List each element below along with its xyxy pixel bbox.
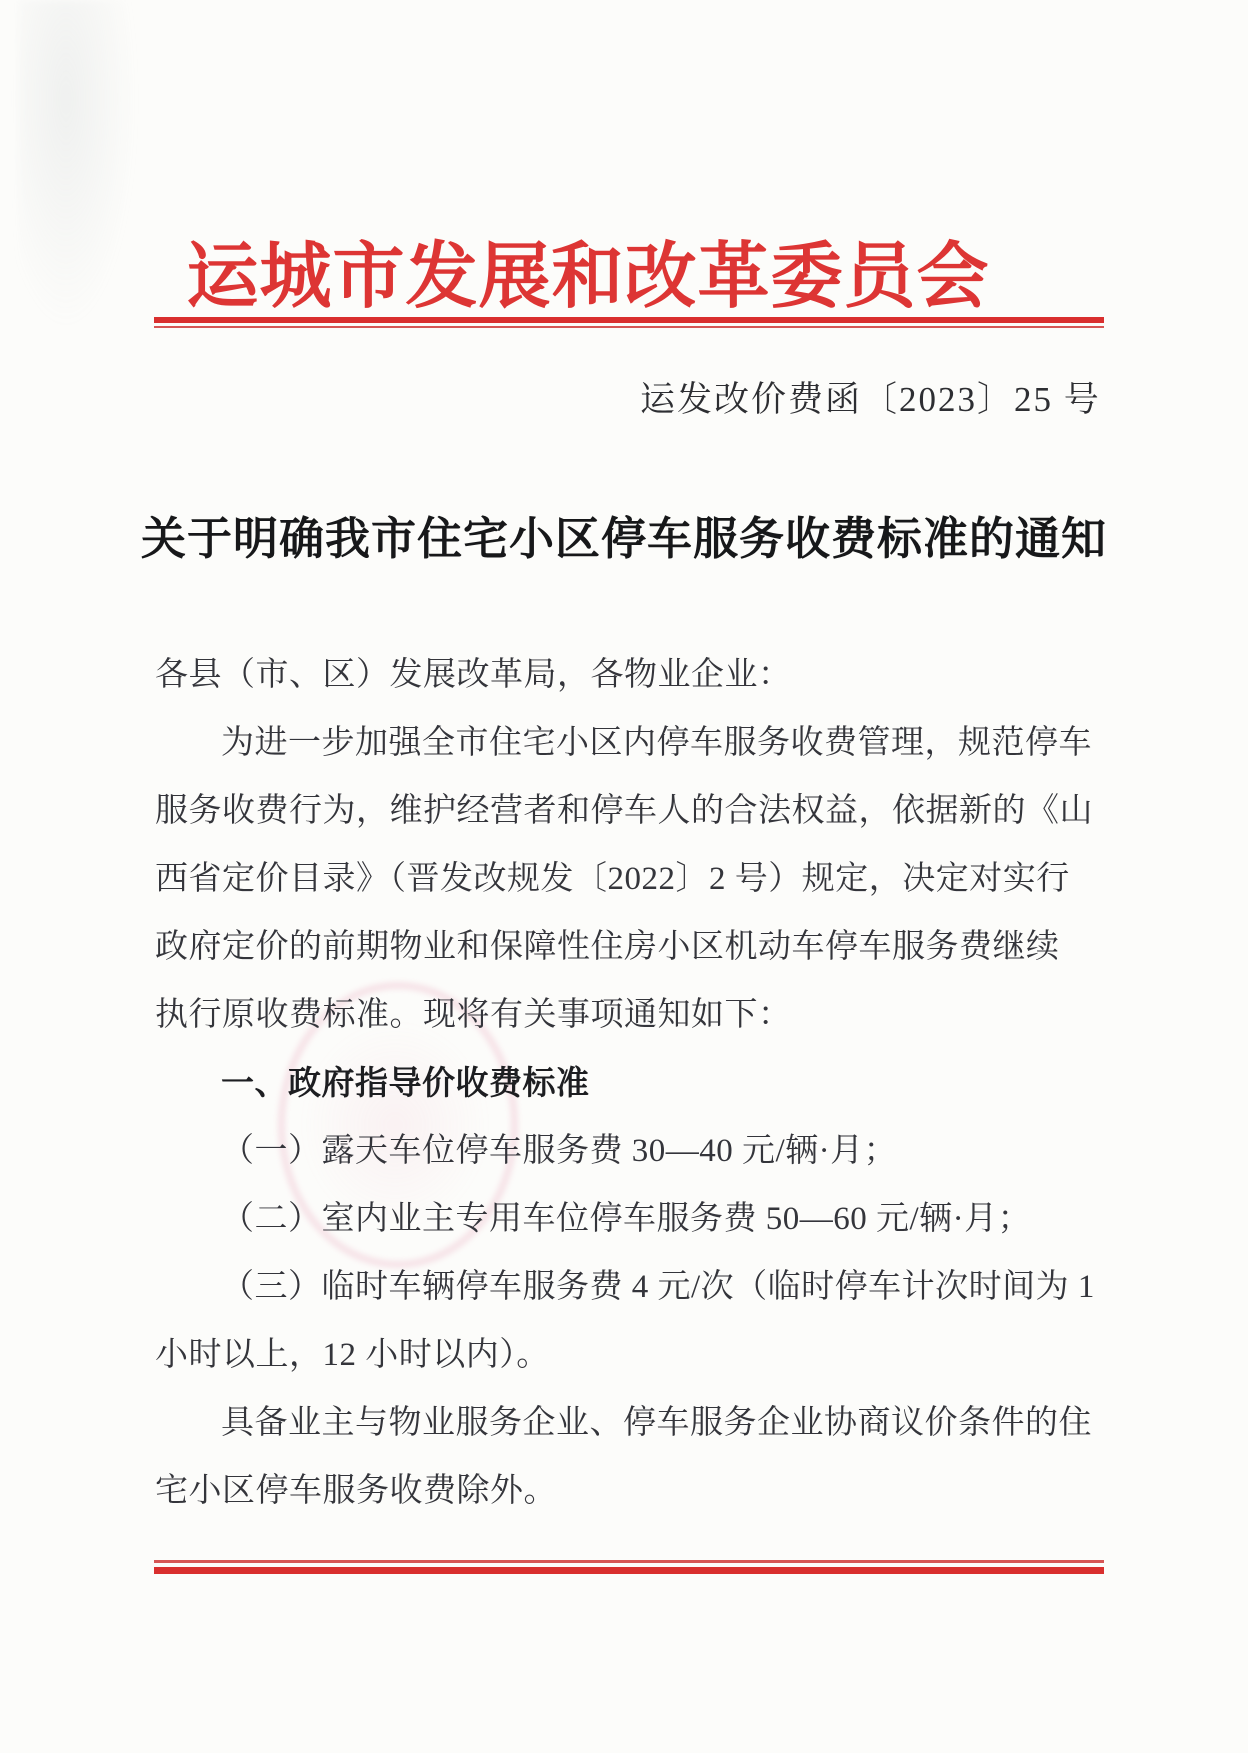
body-line-item-2: （二）室内业主专用车位停车服务费 50—60 元/辆·月； bbox=[155, 1185, 1087, 1253]
agency-header-title: 运城市发展和改革委员会 bbox=[0, 218, 1212, 322]
body-line: 政府定价的前期物业和保障性住房小区机动车停车服务费继续 bbox=[155, 913, 1087, 981]
footer-rule-thick bbox=[154, 1567, 1104, 1574]
body-line: 执行原收费标准。现将有关事项通知如下： bbox=[155, 981, 1087, 1049]
document-body: 各县（市、区）发展改革局，各物业企业： 为进一步加强全市住宅小区内停车服务收费管… bbox=[155, 641, 1087, 1525]
body-line: 服务收费行为，维护经营者和停车人的合法权益，依据新的《山 bbox=[155, 777, 1087, 845]
body-line: 西省定价目录》（晋发改规发〔2022〕2 号）规定，决定对实行 bbox=[155, 845, 1087, 913]
document-title: 关于明确我市住宅小区停车服务收费标准的通知 bbox=[0, 502, 1248, 567]
body-line: 宅小区停车服务收费除外。 bbox=[155, 1457, 1087, 1525]
header-rule-thin bbox=[154, 326, 1104, 328]
body-line-item-3: （三）临时车辆停车服务费 4 元/次（临时停车计次时间为 1 bbox=[155, 1253, 1087, 1321]
body-line: 小时以上，12 小时以内）。 bbox=[155, 1321, 1087, 1389]
body-line: 具备业主与物业服务企业、停车服务企业协商议价条件的住 bbox=[155, 1389, 1087, 1457]
document-number: 运发改价费函〔2023〕25 号 bbox=[640, 372, 1101, 422]
section-heading: 一、政府指导价收费标准 bbox=[155, 1049, 1087, 1117]
document-page: 运城市发展和改革委员会 运发改价费函〔2023〕25 号 关于明确我市住宅小区停… bbox=[0, 0, 1248, 1753]
body-line-item-1: （一）露天车位停车服务费 30—40 元/辆·月； bbox=[155, 1117, 1087, 1185]
footer-rule-thin bbox=[154, 1560, 1104, 1563]
header-rule-thick bbox=[154, 317, 1104, 323]
body-line: 为进一步加强全市住宅小区内停车服务收费管理，规范停车 bbox=[155, 709, 1087, 777]
body-line-salutation: 各县（市、区）发展改革局，各物业企业： bbox=[155, 641, 1087, 709]
